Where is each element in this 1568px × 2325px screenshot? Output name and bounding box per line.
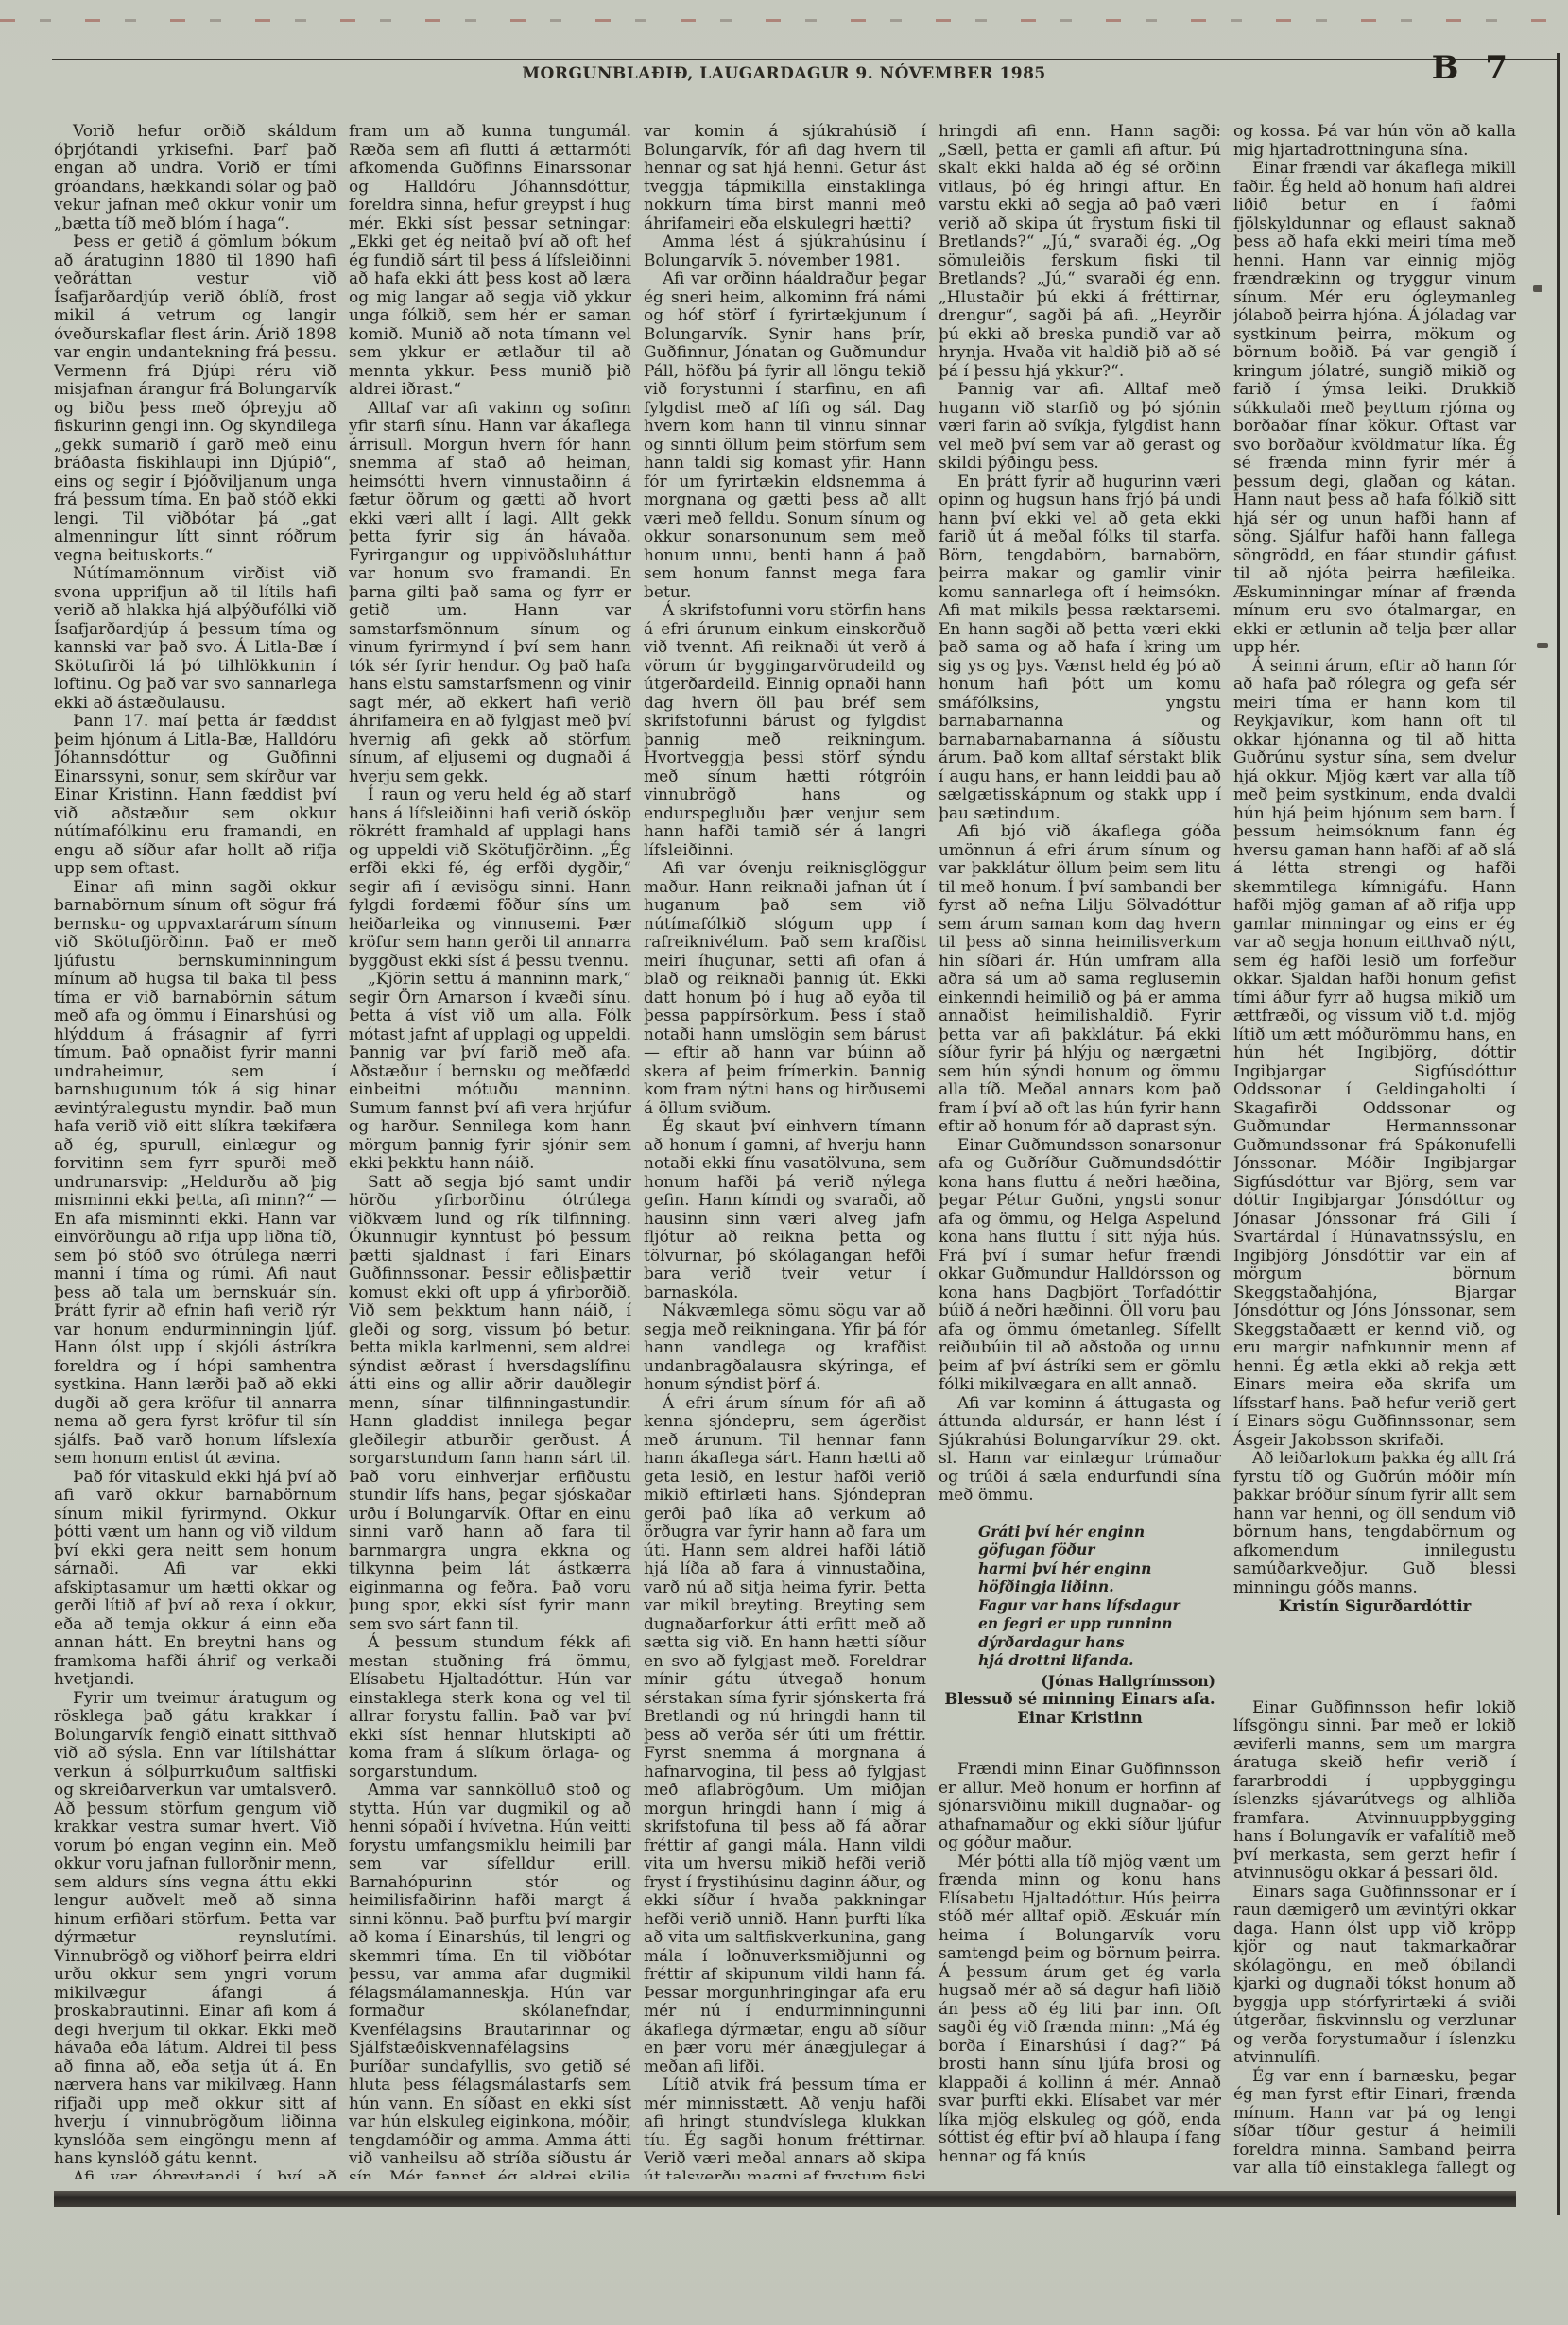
bottom-rule-bar xyxy=(54,2191,1516,2207)
poem-attribution: (Jónas Hallgrímsson) xyxy=(939,1672,1221,1691)
poem-line: göfugan föður xyxy=(978,1541,1221,1559)
article-paragraph: Það fór vitaskuld ekki hjá því að afi va… xyxy=(54,1469,336,1690)
article-paragraph: Á þessum stundum fékk afi mestan stuðnin… xyxy=(349,1634,631,1782)
article-paragraph: hringdi afi enn. Hann sagði: „Sæll, þett… xyxy=(939,123,1221,381)
article-paragraph: Einar Guðmundsson sonarsonur afa og Guðr… xyxy=(939,1137,1221,1395)
article-paragraph: Á seinni árum, eftir að hann fór að hafa… xyxy=(1233,658,1516,1451)
article-paragraph: Þess er getið á gömlum bókum að áratugin… xyxy=(54,233,336,565)
article-paragraph: Amma var sannkölluð stoð og stytta. Hún … xyxy=(349,1782,631,2179)
article-paragraph: Afi var óvenju reiknisglöggur maður. Han… xyxy=(644,860,926,1118)
article-paragraph: fram um að kunna tungumál. Ræða sem afi … xyxy=(349,123,631,400)
article-paragraph: Afi var óþreytandi í því að hvetja okkur… xyxy=(54,2169,336,2180)
author-signature: Kristín Sigurðardóttir xyxy=(1233,1597,1516,1616)
column-spacer xyxy=(939,1727,1221,1761)
article-paragraph: Einars saga Guðfinnssonar er í raun dæmi… xyxy=(1233,1884,1516,2068)
article-paragraph: Þannig var afi. Alltaf með hugann við st… xyxy=(939,381,1221,474)
article-column-5: og kossa. Þá var hún vön að kalla mig hj… xyxy=(1233,123,1516,2179)
article-column-3: var komin á sjúkrahúsið í Bolungarvík, f… xyxy=(644,123,926,2179)
poem-line: harmi því hér enginn xyxy=(978,1559,1221,1578)
column-spacer xyxy=(1233,1616,1516,1699)
article-paragraph: Satt að segja bjó samt undir hörðu yfirb… xyxy=(349,1174,631,1635)
article-column-2: fram um að kunna tungumál. Ræða sem afi … xyxy=(349,123,631,2179)
poem-block: Gráti því hér enginngöfugan föðurharmi þ… xyxy=(978,1523,1221,1670)
masthead-title: MORGUNBLAÐIÐ, LAUGARDAGUR 9. NÓVEMBER 19… xyxy=(0,64,1568,83)
poem-line: dýrðardagur hans xyxy=(978,1633,1221,1652)
poem-line: höfðingja liðinn. xyxy=(978,1577,1221,1596)
article-columns: Vorið hefur orðið skáldum óþrjótandi yrk… xyxy=(54,123,1516,2179)
right-edge-rule xyxy=(1557,53,1560,2215)
article-paragraph: Einar Guðfinnsson hefir lokið lífsgöngu … xyxy=(1233,1699,1516,1884)
article-paragraph: Ég var enn í barnæsku, þegar ég man fyrs… xyxy=(1233,2068,1516,2180)
article-paragraph: Afi var kominn á áttugasta og áttunda al… xyxy=(939,1395,1221,1506)
article-paragraph: Ég skaut því einhvern tímann að honum í … xyxy=(644,1118,926,1302)
article-paragraph: var komin á sjúkrahúsið í Bolungarvík, f… xyxy=(644,123,926,233)
poem-line: Gráti því hér enginn xyxy=(978,1523,1221,1541)
memorial-closing: Blessuð sé minning Einars afa. xyxy=(939,1690,1221,1709)
article-paragraph: Afi bjó við ákaflega góða umönnun á efri… xyxy=(939,823,1221,1137)
paper-speck xyxy=(1533,285,1542,292)
article-paragraph: Mér þótti alla tíð mjög vænt um frænda m… xyxy=(939,1853,1221,2167)
article-paragraph: Í raun og veru held ég að starf hans á l… xyxy=(349,786,631,971)
section-letter: B xyxy=(1432,49,1461,87)
registration-dashes xyxy=(0,19,1568,22)
article-paragraph: Einar afi minn sagði okkur barnabörnum s… xyxy=(54,879,336,1469)
article-paragraph: Þann 17. maí þetta ár fæddist þeim hjónu… xyxy=(54,713,336,879)
article-paragraph: Amma lést á sjúkrahúsinu í Bolungarvík 5… xyxy=(644,233,926,270)
article-paragraph: Einar frændi var ákaflega mikill faðir. … xyxy=(1233,160,1516,658)
poem-line: en fegri er upp runninn xyxy=(978,1614,1221,1633)
article-paragraph: Vorið hefur orðið skáldum óþrjótandi yrk… xyxy=(54,123,336,233)
article-paragraph: Fyrir um tveimur áratugum og rösklega þa… xyxy=(54,1690,336,2169)
article-paragraph: En þrátt fyrir að hugurinn væri opinn og… xyxy=(939,474,1221,824)
article-paragraph: Á efri árum sínum fór afi að kenna sjónd… xyxy=(644,1395,926,2077)
article-paragraph: „Kjörin settu á manninn mark,“ segir Örn… xyxy=(349,971,631,1174)
article-column-4: hringdi afi enn. Hann sagði: „Sæll, þett… xyxy=(939,123,1221,2179)
article-paragraph: Nútímamönnum virðist við svona upprifjun… xyxy=(54,565,336,713)
article-paragraph: Afi var orðinn háaldraður þegar ég sneri… xyxy=(644,270,926,602)
poem-line: Fagur var hans lífsdagur xyxy=(978,1596,1221,1615)
article-paragraph: Að leiðarlokum þakka ég allt frá fyrstu … xyxy=(1233,1450,1516,1597)
article-paragraph: Frændi minn Einar Guðfinnsson er allur. … xyxy=(939,1761,1221,1853)
poem-line: hjá drottni lifanda. xyxy=(978,1651,1221,1670)
masthead-rule xyxy=(52,59,1557,60)
article-paragraph: Á skrifstofunni voru störfin hans á efri… xyxy=(644,602,926,860)
article-paragraph: og kossa. Þá var hún vön að kalla mig hj… xyxy=(1233,123,1516,160)
article-paragraph: Lítið atvik frá þessum tíma er mér minni… xyxy=(644,2076,926,2179)
page-number-value: 7 xyxy=(1485,49,1509,87)
paper-speck xyxy=(1537,643,1548,648)
author-signature: Einar Kristinn xyxy=(939,1709,1221,1728)
article-paragraph: Alltaf var afi vakinn og sofinn yfir sta… xyxy=(349,400,631,787)
article-column-1: Vorið hefur orðið skáldum óþrjótandi yrk… xyxy=(54,123,336,2179)
page-number: B7 xyxy=(1432,49,1509,87)
article-paragraph: Nákvæmlega sömu sögu var að segja með re… xyxy=(644,1302,926,1395)
newspaper-page: MORGUNBLAÐIÐ, LAUGARDAGUR 9. NÓVEMBER 19… xyxy=(0,0,1568,2325)
